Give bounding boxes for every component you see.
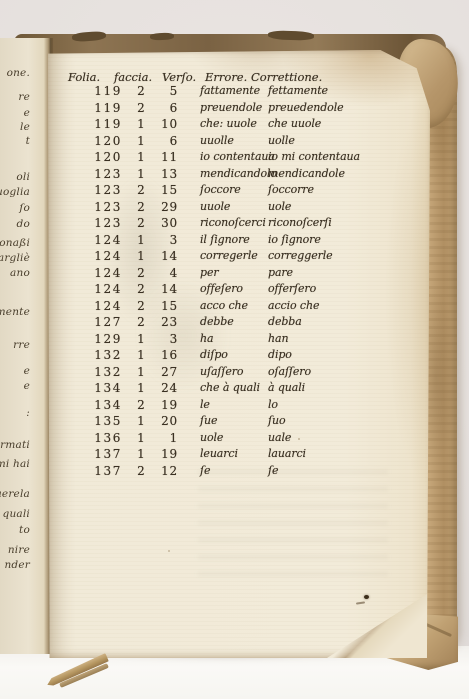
folia-cell: 119 — [48, 83, 122, 100]
errata-table: Folia. faccia. Verſo. Errore. Correttion… — [48, 50, 430, 658]
correttione-cell: mendicandole — [260, 166, 430, 183]
errore-cell: mendicandolo — [178, 166, 260, 183]
verso-cell: 6 — [160, 100, 178, 117]
correttione-cell: ſuo — [260, 413, 430, 430]
faccia-cell: 1 — [122, 364, 160, 381]
errore-cell: uſaſſero — [178, 364, 260, 381]
header-folia: Folia. — [68, 70, 100, 84]
errata-row: 132127uſaſſerooſaſſero — [48, 364, 430, 381]
errata-row: 135120ſueſuo — [48, 413, 430, 430]
facing-page-fragment: e — [24, 381, 30, 392]
facing-page-fragment: nire — [8, 545, 30, 556]
folia-cell: 127 — [48, 314, 122, 331]
errata-row: 12424perpare — [48, 265, 430, 282]
errore-cell: uuole — [178, 199, 260, 216]
correttione-cell: correggerle — [260, 248, 430, 265]
facing-page-fragment: nder — [4, 560, 30, 571]
folia-cell: 137 — [48, 463, 122, 480]
verso-cell: 23 — [160, 314, 178, 331]
folia-cell: 129 — [48, 331, 122, 348]
errata-row: 137119leuarcilauarci — [48, 446, 430, 463]
facing-page-fragment: ueſta querela — [0, 489, 30, 500]
folia-cell: 124 — [48, 281, 122, 298]
correttione-cell: uole — [260, 199, 430, 216]
faccia-cell: 2 — [122, 281, 160, 298]
facing-page-fragment: ano — [10, 268, 30, 279]
verso-cell: 30 — [160, 215, 178, 232]
facing-page-fragment: aſtargliè — [0, 253, 30, 264]
correttione-cell: io mi contentaua — [260, 149, 430, 166]
facing-page-fragment: t — [26, 136, 30, 147]
correttione-cell: ſoccorre — [260, 182, 430, 199]
folia-cell: 123 — [48, 199, 122, 216]
verso-cell: 1 — [160, 430, 178, 447]
folia-cell: 132 — [48, 347, 122, 364]
faccia-cell: 2 — [122, 463, 160, 480]
errore-cell: preuendole — [178, 100, 260, 117]
folia-cell: 119 — [48, 116, 122, 133]
verso-cell: 4 — [160, 265, 178, 282]
correttione-cell: preuedendole — [260, 100, 430, 117]
faccia-cell: 1 — [122, 380, 160, 397]
errore-cell: offeſero — [178, 281, 260, 298]
errata-row: 12016uuolleuolle — [48, 133, 430, 150]
faccia-cell: 1 — [122, 413, 160, 430]
folia-cell: 123 — [48, 166, 122, 183]
verso-cell: 13 — [160, 166, 178, 183]
errata-row: 134219lelo — [48, 397, 430, 414]
folia-cell: 124 — [48, 265, 122, 282]
faccia-cell: 1 — [122, 331, 160, 348]
faccia-cell: 1 — [122, 347, 160, 364]
correttione-cell: à quali — [260, 380, 430, 397]
facing-page-fragment: e — [24, 108, 30, 119]
faccia-cell: 2 — [122, 298, 160, 315]
errata-row: 119110che: uuoleche uuole — [48, 116, 430, 133]
errata-row: 123113mendicandolomendicandole — [48, 166, 430, 183]
errata-row: 134124che à qualià quali — [48, 380, 430, 397]
header-errore: Errore. — [205, 70, 247, 84]
verso-cell: 10 — [160, 116, 178, 133]
correttione-cell: pare — [260, 265, 430, 282]
verso-cell: 20 — [160, 413, 178, 430]
folia-cell: 136 — [48, 430, 122, 447]
facing-page-fragment: re — [18, 92, 30, 103]
errore-cell: ſue — [178, 413, 260, 430]
faccia-cell: 2 — [122, 314, 160, 331]
facing-page-fragment: rre — [13, 340, 30, 351]
verso-cell: 19 — [160, 397, 178, 414]
errata-row: 137212ſeſe — [48, 463, 430, 480]
correttione-cell: ſe — [260, 463, 430, 480]
facing-page-fragment: : — [26, 408, 30, 419]
errore-cell: il ſignore — [178, 232, 260, 249]
errata-row: 132116diſpodipo — [48, 347, 430, 364]
correttione-cell: oſaſſero — [260, 364, 430, 381]
correttione-cell: lauarci — [260, 446, 430, 463]
facing-page-text-fragments: one.reeletoliq; uogliaſodoonaßiaſtargliè… — [0, 0, 42, 699]
errore-cell: che à quali — [178, 380, 260, 397]
faccia-cell: 1 — [122, 430, 160, 447]
faccia-cell: 2 — [122, 265, 160, 282]
faccia-cell: 2 — [122, 199, 160, 216]
faccia-cell: 1 — [122, 116, 160, 133]
verso-cell: 24 — [160, 380, 178, 397]
verso-cell: 15 — [160, 182, 178, 199]
verso-cell: 3 — [160, 331, 178, 348]
correttione-cell: uolle — [260, 133, 430, 150]
errata-row: 11925fattamentefettamente — [48, 83, 430, 100]
correttione-cell: che uuole — [260, 116, 430, 133]
verso-cell: 5 — [160, 83, 178, 100]
faccia-cell: 1 — [122, 166, 160, 183]
errore-cell: diſpo — [178, 347, 260, 364]
faccia-cell: 2 — [122, 397, 160, 414]
errore-cell: acco che — [178, 298, 260, 315]
facing-page-fragment: oli — [16, 172, 30, 183]
verso-cell: 29 — [160, 199, 178, 216]
errata-row: 120111io contentauaio mi contentaua — [48, 149, 430, 166]
faccia-cell: 2 — [122, 215, 160, 232]
facing-page-fragment: ſo — [19, 203, 30, 214]
folia-cell: 119 — [48, 100, 122, 117]
errore-cell: ſe — [178, 463, 260, 480]
folia-cell: 120 — [48, 133, 122, 150]
faccia-cell: 1 — [122, 133, 160, 150]
errata-row: 123215ſoccoreſoccorre — [48, 182, 430, 199]
errore-cell: le — [178, 397, 260, 414]
verso-cell: 6 — [160, 133, 178, 150]
verso-cell: 16 — [160, 347, 178, 364]
folia-cell: 134 — [48, 397, 122, 414]
facing-page-fragment: q; uoglia — [0, 187, 30, 198]
errata-row: 124215acco cheaccio che — [48, 298, 430, 315]
errore-cell: per — [178, 265, 260, 282]
errore-cell: debbe — [178, 314, 260, 331]
errore-cell: uuolle — [178, 133, 260, 150]
facing-page-fragment: one. — [7, 68, 30, 79]
correttione-cell: offerſero — [260, 281, 430, 298]
folia-cell: 134 — [48, 380, 122, 397]
faccia-cell: 2 — [122, 83, 160, 100]
verso-cell: 19 — [160, 446, 178, 463]
header-verso: Verſo. — [162, 70, 196, 84]
correttione-cell: debba — [260, 314, 430, 331]
header-correttione: Correttione. — [251, 70, 322, 84]
errata-row: 123230riconoſcerciriconoſcerſi — [48, 215, 430, 232]
verso-cell: 14 — [160, 248, 178, 265]
verso-cell: 15 — [160, 298, 178, 315]
errore-cell: riconoſcerci — [178, 215, 260, 232]
folia-cell: 124 — [48, 248, 122, 265]
folia-cell: 120 — [48, 149, 122, 166]
correttione-cell: accio che — [260, 298, 430, 315]
errore-cell: ſoccore — [178, 182, 260, 199]
errata-row: 11926preuendolepreuedendole — [48, 100, 430, 117]
errore-cell: uole — [178, 430, 260, 447]
verso-cell: 11 — [160, 149, 178, 166]
facing-page-fragment: amente — [0, 307, 30, 318]
errata-row: 124114corregerlecorreggerle — [48, 248, 430, 265]
faccia-cell: 1 — [122, 149, 160, 166]
correttione-cell: uale — [260, 430, 430, 447]
faccia-cell: 2 — [122, 100, 160, 117]
photo-scene: one.reeletoliq; uogliaſodoonaßiaſtargliè… — [0, 0, 469, 699]
verso-cell: 27 — [160, 364, 178, 381]
folia-cell: 132 — [48, 364, 122, 381]
errata-row: 124214offeſeroofferſero — [48, 281, 430, 298]
facing-page-fragment: le — [20, 122, 30, 133]
errata-rows: 11925fattamentefettamente11926preuendole… — [48, 83, 430, 479]
errata-row: 127223debbedebba — [48, 314, 430, 331]
facing-page-fragment: odirmi hai — [0, 459, 30, 470]
errata-row: 12413il ſignoreio ſignore — [48, 232, 430, 249]
facing-page-fragment: e — [24, 366, 30, 377]
facing-page-fragment: rmati — [0, 440, 30, 451]
correttione-cell: io ſignore — [260, 232, 430, 249]
faccia-cell: 1 — [122, 232, 160, 249]
header-faccia: faccia. — [114, 70, 152, 84]
folia-cell: 124 — [48, 298, 122, 315]
folia-cell: 124 — [48, 232, 122, 249]
folia-cell: 123 — [48, 182, 122, 199]
errata-row: 12913hahan — [48, 331, 430, 348]
errata-row: 13611uoleuale — [48, 430, 430, 447]
faccia-cell: 2 — [122, 182, 160, 199]
folia-cell: 137 — [48, 446, 122, 463]
facing-page-fragment: do — [17, 219, 30, 230]
correttione-cell: riconoſcerſi — [260, 215, 430, 232]
correttione-cell: han — [260, 331, 430, 348]
verso-cell: 3 — [160, 232, 178, 249]
correttione-cell: lo — [260, 397, 430, 414]
correttione-cell: fettamente — [260, 83, 430, 100]
facing-page-fragment: quali — [3, 509, 30, 520]
folia-cell: 135 — [48, 413, 122, 430]
faccia-cell: 1 — [122, 248, 160, 265]
errore-cell: che: uuole — [178, 116, 260, 133]
errore-cell: corregerle — [178, 248, 260, 265]
verso-cell: 12 — [160, 463, 178, 480]
errata-page: Folia. faccia. Verſo. Errore. Correttion… — [48, 50, 430, 658]
errore-cell: leuarci — [178, 446, 260, 463]
facing-page-fragment: to — [19, 525, 30, 536]
errore-cell: io contentaua — [178, 149, 260, 166]
faccia-cell: 1 — [122, 446, 160, 463]
facing-page-fragment: onaßi — [0, 238, 30, 249]
verso-cell: 14 — [160, 281, 178, 298]
folia-cell: 123 — [48, 215, 122, 232]
correttione-cell: dipo — [260, 347, 430, 364]
errore-cell: fattamente — [178, 83, 260, 100]
errore-cell: ha — [178, 331, 260, 348]
errata-row: 123229uuoleuole — [48, 199, 430, 216]
